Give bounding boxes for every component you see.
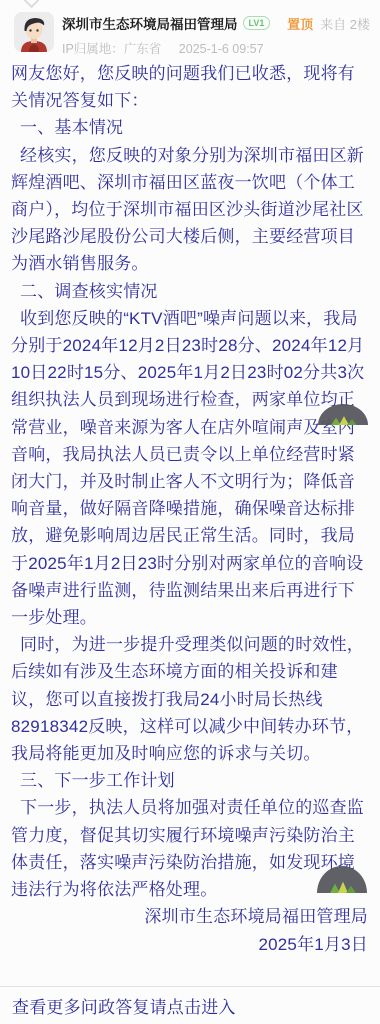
reply-paragraph: 2025年1月3日 [11,931,368,958]
reply-paragraph: 下一步，执法人员将加强对责任单位的巡查监管力度，督促其切实履行环境噪声污染防治主… [11,794,368,903]
reply-paragraph: 深圳市生态环境局福田管理局 [11,903,368,930]
reply-paragraph: 三、下一步工作计划 [11,767,368,794]
avatar[interactable] [14,12,54,52]
chevron-down-icon [24,0,40,8]
level-badge: LV1 [243,16,271,30]
reply-post-page: 深圳市生态环境局福田管理局 LV1 置顶 来自 2楼 IP归属地：广东省 202… [0,0,380,1024]
header-main: 深圳市生态环境局福田管理局 LV1 置顶 来自 2楼 IP归属地：广东省 202… [62,13,370,57]
floor-label: 来自 2楼 [320,14,370,33]
reply-content: 网友您好，您反映的问题我们已收悉，现将有关情况答复如下：一、基本情况经核实，您反… [0,58,380,958]
reply-paragraph: 网友您好，您反映的问题我们已收悉，现将有关情况答复如下： [11,60,368,114]
right-meta: 置顶 来自 2楼 [287,14,370,33]
reply-paragraph: 收到您反映的“KTV酒吧”噪声问题以来，我局分别于2024年12月2日23时28… [11,305,368,631]
reply-paragraph: 经核实，您反映的对象分别为深圳市福田区新辉煌酒吧、深圳市福田区蓝夜一饮吧（个体工… [11,142,368,278]
divider [0,986,380,987]
reply-paragraph: 一、基本情况 [11,114,368,141]
pinned-badge: 置顶 [287,14,313,33]
post-header: 深圳市生态环境局福田管理局 LV1 置顶 来自 2楼 IP归属地：广东省 202… [0,0,380,58]
boy-avatar-icon [14,12,54,52]
ip-location: IP归属地：广东省 [62,42,161,56]
author-name[interactable]: 深圳市生态环境局福田管理局 [62,13,238,33]
more-replies-link[interactable]: 查看更多问政答复请点击进入 [0,994,380,1021]
reply-paragraph: 二、调查核实情况 [11,278,368,305]
meta-row: IP归属地：广东省 2025-1-6 09:57 [62,39,370,57]
reply-paragraph: 同时，为进一步提升受理类似问题的时效性，后续如有涉及生态环境方面的相关投诉和建议… [11,631,368,767]
post-timestamp: 2025-1-6 09:57 [179,42,264,56]
title-row: 深圳市生态环境局福田管理局 LV1 置顶 来自 2楼 [62,13,370,33]
